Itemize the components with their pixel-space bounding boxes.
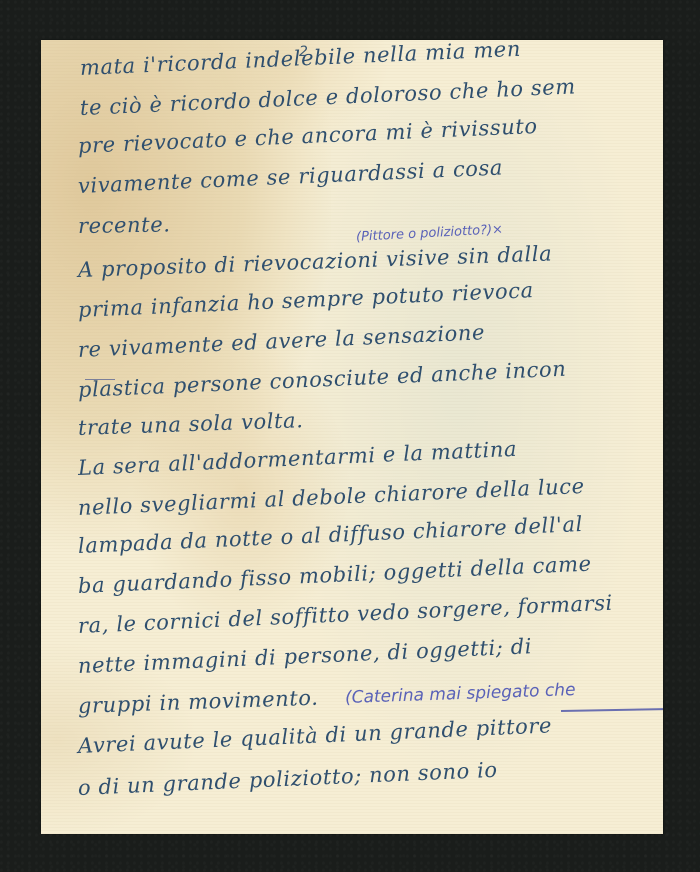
handwritten-line: mata i'ricorda indelebile nella mia men xyxy=(79,40,521,80)
annotation-underline xyxy=(561,708,663,711)
handwritten-line: lampada da notte o al diffuso chiarore d… xyxy=(77,512,583,558)
handwritten-line: prima infanzia ho sempre potuto rievoca xyxy=(77,278,534,322)
margin-annotation: (Caterina mai spiegato che xyxy=(345,680,576,708)
handwritten-line: La sera all'addormentarmi e la mattina xyxy=(77,437,517,480)
handwritten-line: o di un grande poliziotto; non sono io xyxy=(77,758,498,800)
handwritten-line: Avrei avute le qualità di un grande pitt… xyxy=(77,713,552,758)
handwritten-line: plastica persone conosciute ed anche inc… xyxy=(77,357,566,402)
interlinear-annotation: (Pittore o poliziotto?)× xyxy=(356,222,504,245)
handwritten-line: ba guardando fisso mobili; oggetti della… xyxy=(77,552,592,598)
handwritten-line: nette immagini di persone, di oggetti; d… xyxy=(77,634,532,678)
handwritten-line: te ciò è ricordo dolce e doloroso che ho… xyxy=(79,74,576,120)
handwritten-line: recente. xyxy=(78,212,171,238)
letter-page: 2 mata i'ricorda indelebile nella mia me… xyxy=(41,40,663,834)
handwritten-line: A proposito di rievocazioni visive sin d… xyxy=(78,241,553,282)
handwritten-line: vivamente come se riguardassi a cosa xyxy=(77,155,503,198)
handwritten-line: trate una sola volta. xyxy=(78,408,304,440)
handwritten-line: ra, le cornici del soffitto vedo sorgere… xyxy=(77,591,613,638)
pencil-underline xyxy=(85,379,115,380)
handwritten-line: pre rievocato e che ancora mi è rivissut… xyxy=(77,114,538,158)
handwritten-line: re vivamente ed avere la sensazione xyxy=(77,320,485,362)
handwritten-line: nello svegliarmi al debole chiarore dell… xyxy=(77,474,585,520)
handwritten-line: gruppi in movimento. xyxy=(78,686,319,718)
